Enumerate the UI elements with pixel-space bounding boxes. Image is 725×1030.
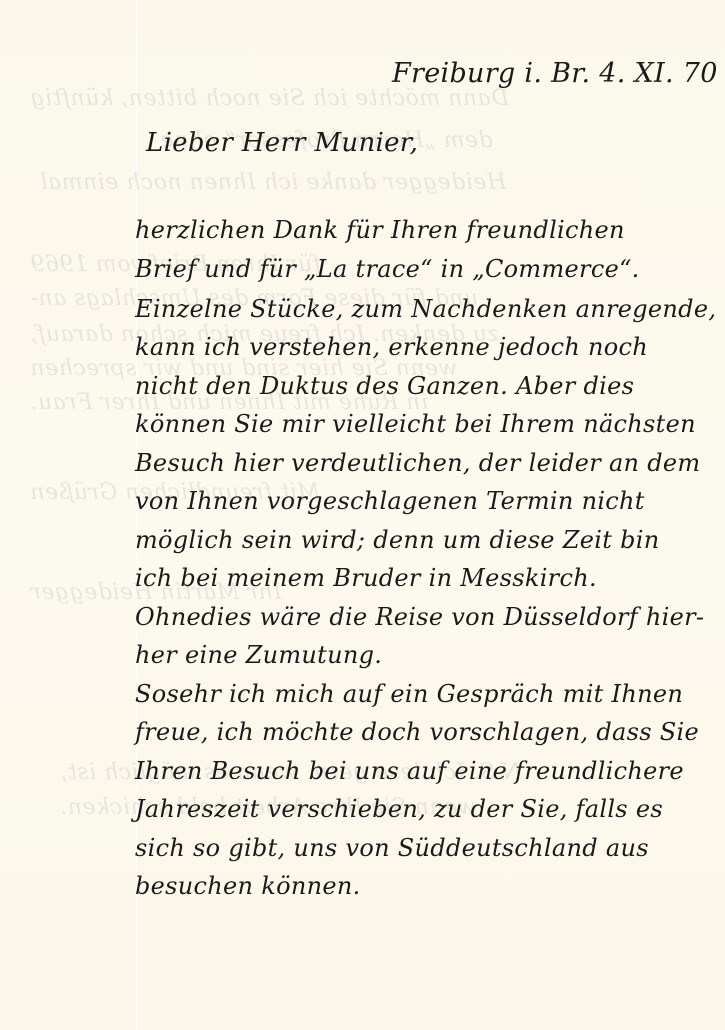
letter-body-line: ich bei meinem Bruder in Messkirch. (135, 564, 597, 592)
letter-body-line: nicht den Duktus des Ganzen. Aber dies (135, 372, 634, 400)
place-and-date: Freiburg i. Br. 4. XI. 70 (392, 58, 718, 89)
letter-body-line: möglich sein wird; denn um diese Zeit bi… (135, 526, 659, 554)
letter-body-line: von Ihnen vorgeschlagenen Termin nicht (135, 487, 645, 515)
letter-body-line: her eine Zumutung. (135, 641, 382, 669)
letter-body-line: Ohnedies wäre die Reise von Düsseldorf h… (135, 603, 704, 631)
letter-body-line: können Sie mir vielleicht bei Ihrem näch… (135, 410, 696, 438)
letter-body-line: Jahreszeit verschieben, zu der Sie, fall… (135, 795, 663, 823)
letter-body-line: besuchen können. (135, 872, 361, 900)
letter-body-line: herzlichen Dank für Ihren freundlichen (135, 216, 625, 244)
salutation: Lieber Herr Munier, (146, 128, 418, 158)
letter-body-line: Sosehr ich mich auf ein Gespräch mit Ihn… (135, 680, 683, 708)
letter-body-line: Ihren Besuch bei uns auf eine freundlich… (135, 757, 684, 785)
letter-body-line: kann ich verstehen, erkenne jedoch noch (135, 333, 648, 361)
letter-body-line: freue, ich möchte doch vorschlagen, dass… (135, 718, 699, 746)
letter-body-line: Brief und für „La trace“ in „Commerce“. (135, 255, 640, 283)
letter-body-line: sich so gibt, uns von Süddeutschland aus (135, 834, 649, 862)
show-through-line: Heidegger danke ich Ihnen noch einmal (40, 170, 506, 195)
letter-body-line: Einzelne Stücke, zum Nachdenken anregend… (135, 295, 716, 323)
letter-body-line: Besuch hier verdeutlichen, der leider an… (135, 449, 700, 477)
letter-page: Dann möchte ich Sie noch bitten, künftig… (0, 0, 725, 1030)
show-through-line: Dann möchte ich Sie noch bitten, künftig (30, 86, 509, 111)
